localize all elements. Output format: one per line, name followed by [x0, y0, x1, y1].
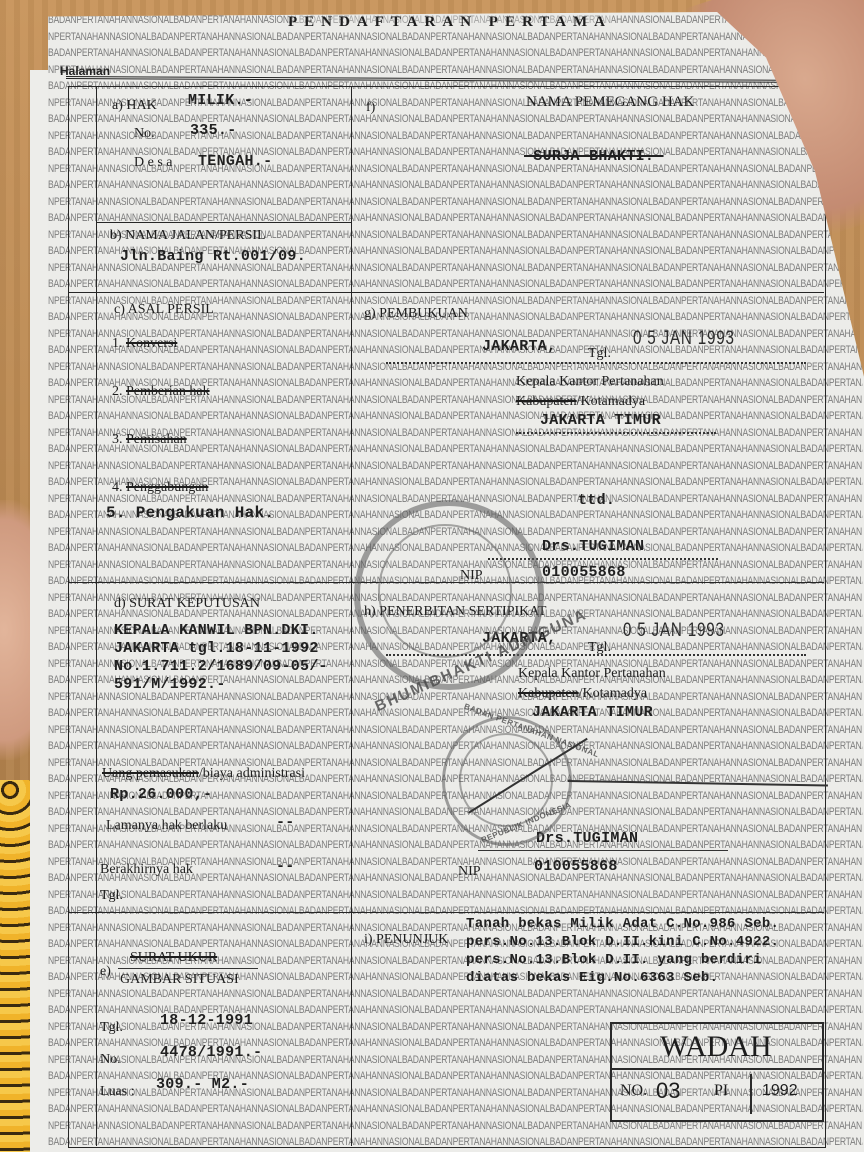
- berakhirnya-hak-label: Berakhirnya hak: [100, 862, 193, 878]
- item-number: 1.: [112, 336, 126, 351]
- section-e-label: e): [100, 964, 111, 980]
- uang-pemasukan-struck: Uang pemasukan: [102, 766, 199, 781]
- header-rule: [66, 76, 826, 83]
- penerbitan-date-stamp: 0 5 JAN 1993: [623, 620, 725, 642]
- emblem-inner-ring: [378, 524, 512, 658]
- biaya-amount: Rp.26.000,-: [110, 786, 212, 803]
- biaya-label: Uang pemasukan/biaya administrasi: [102, 766, 305, 782]
- penerbitan-region: JAKARTA TIMUR: [532, 704, 653, 721]
- luas-value: 309.- M2.-: [156, 1076, 249, 1093]
- pembukuan-ttd: ttd.: [578, 492, 615, 509]
- item-text: Penggabungan: [126, 480, 208, 495]
- surat-keputusan-line: No.1.711.2/1689/09-05/-: [114, 658, 328, 675]
- item-text: Pengakuan Hak.: [136, 504, 275, 522]
- kotamadya: /Kotamadya: [579, 686, 647, 701]
- penerbitan-office: Kepala Kantor Pertanahan: [518, 666, 666, 682]
- dotted-line: [386, 362, 806, 364]
- gs-tgl-label: Tgl.: [100, 1020, 123, 1036]
- penunjuk-line: diatas bekas Eig.No.6363 Seb.: [466, 970, 718, 986]
- asal-persil-label: c) ASAL PERSIL: [114, 302, 214, 318]
- pembukuan-official-name: Drs.TUGIMAN: [542, 538, 644, 555]
- gs-tgl-value: 18-12-1991: [160, 1012, 253, 1029]
- pembukuan-label: g) PEMBUKUAN: [364, 306, 468, 322]
- desa-label: D e s a: [134, 155, 173, 171]
- berakhirnya-hak-value: --: [276, 858, 295, 875]
- lamanya-hak-label: Lamanya hak berlaku: [106, 818, 227, 834]
- wadah-divider: [612, 1068, 822, 1070]
- row-divider-bottom: [68, 912, 824, 913]
- wadah-cell-divider: [750, 1074, 752, 1114]
- penerbitan-official-name: Drs.TUGIMAN: [536, 830, 638, 847]
- pembukuan-nip-value: 010055868: [542, 564, 626, 581]
- penunjuk-line: pers.No.13.Blok D.II. yang berdiri: [466, 952, 762, 968]
- row-divider-top: [68, 292, 824, 293]
- pemegang-hak-value: -SURJA BHAKTI.-: [524, 148, 664, 165]
- pembukuan-office-type: Kabupaten/Kotamadya: [516, 394, 645, 410]
- penerbitan-office-type: Kabupaten/Kotamadya: [518, 686, 647, 702]
- section-f-label: f): [366, 100, 375, 116]
- asal-persil-item: 5. Pengakuan Hak.: [106, 504, 274, 522]
- pembukuan-tgl-label: Tgl.: [588, 346, 611, 362]
- asal-persil-item: 3. Pemisahan: [112, 432, 187, 448]
- biaya-administrasi: /biaya administrasi: [199, 766, 305, 781]
- gs-no-label: No.: [100, 1052, 121, 1068]
- item-number: 3.: [112, 432, 126, 447]
- nama-jalan-label: b) NAMA JALAN/PERSIL: [110, 228, 266, 244]
- pembukuan-office: Kepala Kantor Pertanahan: [516, 374, 664, 390]
- surat-ukur-struck: SURAT UKUR: [130, 950, 217, 966]
- hak-value: MILIK.-: [188, 92, 253, 109]
- row-divider-ab: [96, 222, 351, 223]
- bhumibhakti-emblem-stamp: [354, 500, 544, 690]
- surat-keputusan-line: JAKARTA tgl.18-11-1992: [114, 640, 319, 657]
- penunjuk-line: Tanah bekas Milik Adat C.No.986 Seb.: [466, 916, 779, 932]
- pembukuan-city: JAKARTA,: [482, 338, 556, 355]
- nama-pemegang-hak-heading: NAMA PEMEGANG HAK: [526, 94, 694, 111]
- kabupaten-struck: Kabupaten: [518, 686, 579, 701]
- wadah-no: 03: [656, 1078, 680, 1104]
- signature-underline: [478, 850, 728, 851]
- asal-persil-item: 1. Konversi: [112, 336, 177, 352]
- item-text: Pemisahan: [126, 432, 187, 447]
- heading-rule: [118, 968, 258, 969]
- surat-keputusan-line: 591/M/1992.-: [114, 676, 226, 693]
- item-text: Pemberian hak: [126, 384, 210, 399]
- penerbitan-nip-label: NIP: [458, 864, 481, 880]
- penunjuk-label: i) PENUNJUK: [364, 932, 448, 948]
- item-text: Konversi: [126, 336, 177, 351]
- wadah-title: WADAH: [660, 1030, 772, 1064]
- kotamadya: /Kotamadya: [577, 394, 645, 409]
- penunjuk-line: pers.No.13.Blok D.II.kini C.No.4922.: [466, 934, 779, 950]
- gs-no-value: 4478/1991.-: [160, 1044, 262, 1061]
- asal-persil-item: 4. Penggabungan: [112, 480, 208, 496]
- item-number: 5.: [106, 504, 136, 522]
- surat-keputusan-line: KEPALA KANWIL BPN.DKI.: [114, 622, 319, 639]
- wadah-code: PI: [714, 1082, 728, 1100]
- item-number: 4.: [112, 480, 126, 495]
- column-divider: [351, 86, 352, 1146]
- left-margin-line: [96, 86, 97, 1146]
- document-title: PENDAFTARAN PERTAMA: [288, 14, 612, 31]
- dotted-line: [516, 432, 716, 434]
- kabupaten-struck: Kabupaten: [516, 394, 577, 409]
- penerbitan-nip-value: 010055868: [534, 858, 618, 875]
- surat-keputusan-label: d) SURAT KEPUTUSAN: [114, 596, 260, 612]
- fees-tgl-label: Tgl.: [100, 888, 123, 904]
- luas-label: Luas :: [100, 1084, 135, 1100]
- patterned-fabric: [0, 780, 34, 1152]
- land-certificate-page: BADANPERTANAHANNASIONALBADANPERTANAHANNA…: [48, 12, 864, 1152]
- item-number: 2.: [112, 384, 126, 399]
- nama-jalan-value: Jln.Baing Rt.001/09.: [120, 248, 306, 265]
- desa-value: TENGAH.-: [198, 153, 272, 170]
- pembukuan-region: JAKARTA TIMUR: [540, 412, 661, 429]
- no-label: No.: [134, 126, 155, 142]
- pembukuan-date-stamp: 0 5 JAN 1993: [633, 328, 735, 350]
- lamanya-hak-value: --: [276, 814, 295, 831]
- gambar-situasi-heading: GAMBAR SITUASI: [120, 972, 239, 988]
- asal-persil-item: 2. Pemberian hak: [112, 384, 210, 400]
- no-value: 335.-: [190, 122, 237, 139]
- wadah-stamp: WADAH NO. 03 PI 1992: [610, 1022, 824, 1122]
- wadah-year: 1992: [762, 1082, 798, 1100]
- hak-label: a) HAK: [112, 98, 157, 114]
- wadah-no-label: NO.: [620, 1082, 647, 1100]
